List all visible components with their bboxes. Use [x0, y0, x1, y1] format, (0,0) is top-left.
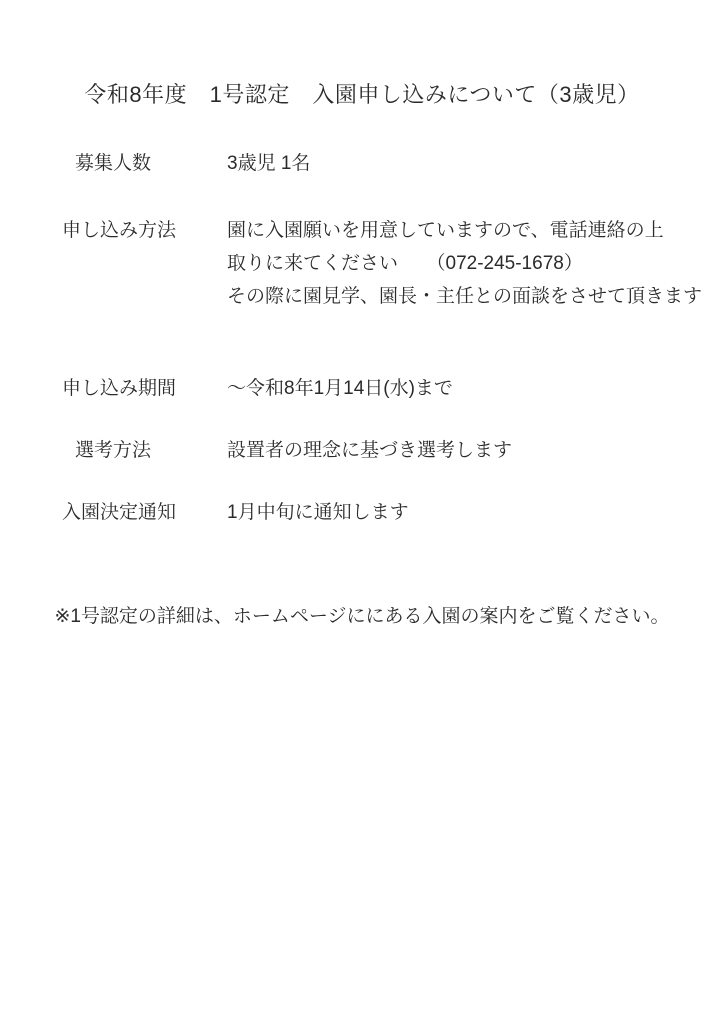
field-value-line: 3歳児 1名: [227, 147, 704, 180]
field-label-application-method: 申し込み方法: [62, 214, 227, 247]
document-page: 令和8年度 1号認定 入園申し込みについて（3歳児） 募集人数 3歳児 1名 申…: [0, 0, 724, 1024]
field-label-admission-notice: 入園決定通知: [62, 496, 227, 529]
field-value-line: 取りに来てください （072-245-1678）: [227, 247, 704, 280]
field-value-recruit-count: 3歳児 1名: [227, 147, 704, 180]
field-label-application-period: 申し込み期間: [62, 372, 227, 405]
field-value-line: ～令和8年1月14日(水)まで: [227, 372, 704, 405]
field-value-application-period: ～令和8年1月14日(水)まで: [227, 372, 704, 405]
field-value-admission-notice: 1月中旬に通知します: [227, 496, 704, 529]
footnote: ※1号認定の詳細は、ホームページににある入園の案内をご覧ください。: [0, 604, 724, 630]
field-label-selection-method: 選考方法: [62, 434, 227, 467]
field-value-line: 1月中旬に通知します: [227, 496, 704, 529]
document-title: 令和8年度 1号認定 入園申し込みについて（3歳児）: [0, 82, 724, 108]
field-value-application-method: 園に入園願いを用意していますので、電話連絡の上 取りに来てください （072-2…: [227, 214, 704, 313]
field-row-selection-method: 選考方法 設置者の理念に基づき選考します: [62, 434, 704, 467]
field-value-selection-method: 設置者の理念に基づき選考します: [227, 434, 704, 467]
field-value-line: その際に園見学、園長・主任との面談をさせて頂きます: [227, 280, 704, 313]
field-row-application-period: 申し込み期間 ～令和8年1月14日(水)まで: [62, 372, 704, 405]
field-value-line: 設置者の理念に基づき選考します: [227, 434, 704, 467]
field-row-application-method: 申し込み方法 園に入園願いを用意していますので、電話連絡の上 取りに来てください…: [62, 214, 704, 313]
field-row-recruit-count: 募集人数 3歳児 1名: [62, 147, 704, 180]
field-value-line: 園に入園願いを用意していますので、電話連絡の上: [227, 214, 704, 247]
field-label-recruit-count: 募集人数: [62, 147, 227, 180]
field-row-admission-notice: 入園決定通知 1月中旬に通知します: [62, 496, 704, 529]
